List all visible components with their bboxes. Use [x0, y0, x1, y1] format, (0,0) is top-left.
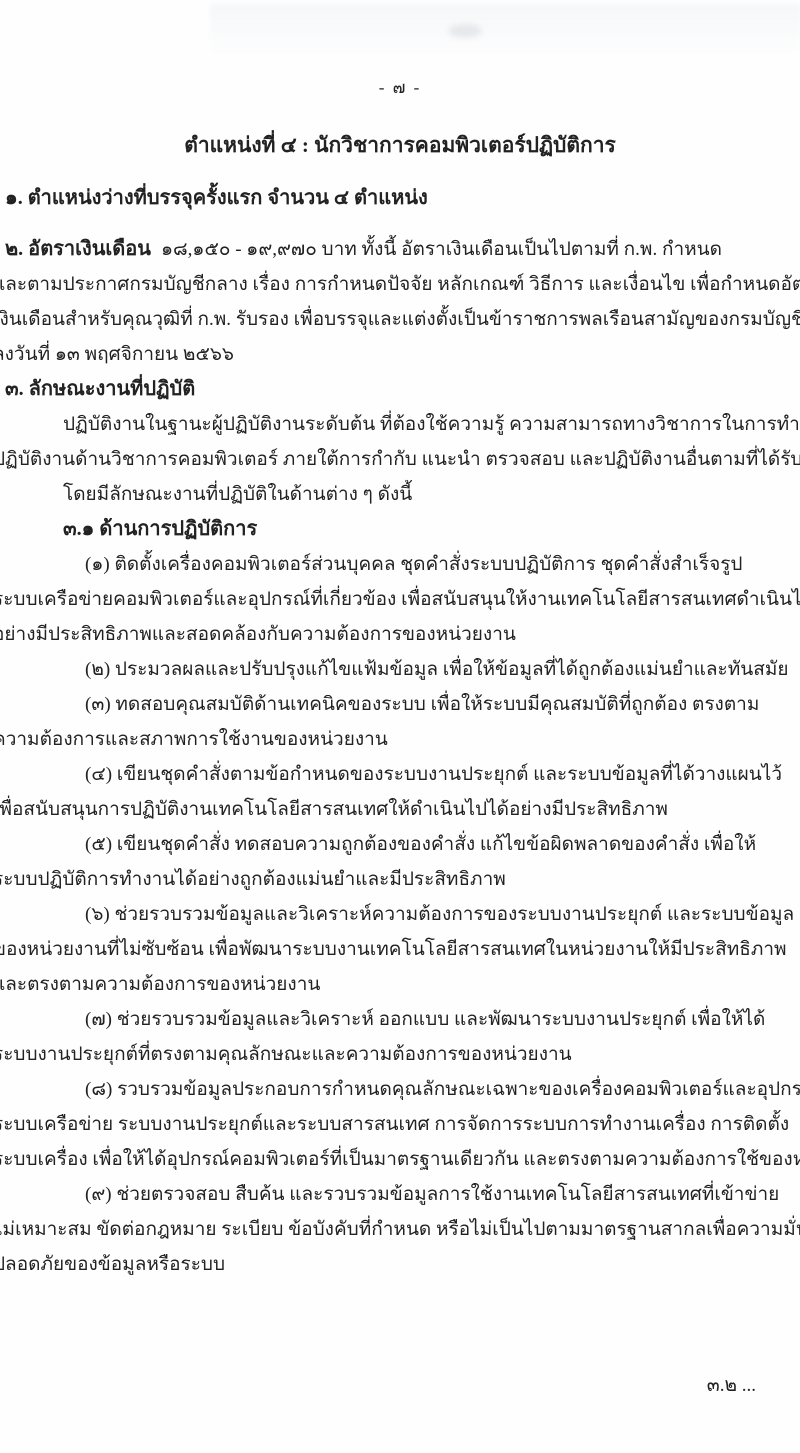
body-line: ระบบงานประยุกต์ที่ตรงตามคุณลักษณะและความ… — [0, 1037, 800, 1072]
body-line: ของหน่วยงานที่ไม่ซับซ้อน เพื่อพัฒนาระบบง… — [0, 932, 800, 967]
body-line: ปลอดภัยของข้อมูลหรือระบบ — [0, 1247, 800, 1282]
scan-ghosting-artifact — [210, 4, 800, 62]
item-line: (๒) ประมวลผลและปรับปรุงแก้ไขแฟ้มข้อมูล เ… — [0, 652, 800, 687]
section-heading-lead: ๒. อัตราเงินเดือน — [5, 238, 151, 260]
item-line: (๗) ช่วยรวบรวมข้อมูลและวิเคราะห์ ออกแบบ … — [0, 1002, 800, 1037]
body-line-indented: ปฏิบัติงานในฐานะผู้ปฏิบัติงานระดับต้น ที… — [0, 407, 800, 442]
item-line: (๑) ติดตั้งเครื่องคอมพิวเตอร์ส่วนบุคคล ช… — [0, 547, 800, 582]
body-line: ระบบเครื่อง เพื่อให้ได้อุปกรณ์คอมพิวเตอร… — [0, 1142, 800, 1177]
body-line: เพื่อสนับสนุนการปฏิบัติงานเทคโนโลยีสารสน… — [0, 792, 800, 827]
item-line: (๕) เขียนชุดคำสั่ง ทดสอบความถูกต้องของคำ… — [0, 827, 800, 862]
body-line: ระบบเครือข่าย ระบบงานประยุกต์และระบบสารส… — [0, 1107, 800, 1142]
scan-smudge-artifact — [448, 24, 482, 38]
body-line: ความต้องการและสภาพการใช้งานของหน่วยงาน — [0, 722, 800, 757]
item-line: (๓) ทดสอบคุณสมบัติด้านเทคนิคของระบบ เพื่… — [0, 687, 800, 722]
body-line: ระบบปฏิบัติการทำงานได้อย่างถูกต้องแม่นยำ… — [0, 862, 800, 897]
body-line: และตรงตามความต้องการของหน่วยงาน — [0, 967, 800, 1002]
body-line: ลงวันที่ ๑๓ พฤศจิกายน ๒๕๖๖ — [0, 337, 800, 372]
section-heading: ๓. ลักษณะงานที่ปฏิบัติ — [0, 372, 800, 407]
body-line: เงินเดือนสำหรับคุณวุฒิที่ ก.พ. รับรอง เพ… — [0, 302, 800, 337]
body-line: อย่างมีประสิทธิภาพและสอดคล้องกับความต้อง… — [0, 617, 800, 652]
item-line: (๙) ช่วยตรวจสอบ สืบค้น และรวบรวมข้อมูลกา… — [0, 1177, 800, 1212]
section-heading: ๑. ตำแหน่งว่างที่บรรจุครั้งแรก จำนวน ๔ ต… — [0, 181, 800, 216]
body-line-indented: โดยมีลักษณะงานที่ปฏิบัติในด้านต่าง ๆ ดัง… — [0, 477, 800, 512]
page-number: - ๗ - — [0, 70, 800, 105]
section-paragraph-text: ๑๘,๑๕๐ - ๑๙,๙๗๐ บาท ทั้งนี้ อัตราเงินเดื… — [161, 239, 722, 260]
body-line: และตามประกาศกรมบัญชีกลาง เรื่อง การกำหนด… — [0, 267, 800, 302]
subsection-heading: ๓.๑ ด้านการปฏิบัติการ — [0, 512, 800, 547]
continuation-mark: ๓.๒ ... — [0, 1368, 800, 1403]
section-heading-paragraph: ๒. อัตราเงินเดือน๑๘,๑๕๐ - ๑๙,๙๗๐ บาท ทั้… — [0, 232, 800, 267]
position-title: ตำแหน่งที่ ๔ : นักวิชาการคอมพิวเตอร์ปฏิบ… — [0, 123, 800, 167]
body-line: ปฏิบัติงานด้านวิชาการคอมพิวเตอร์ ภายใต้ก… — [0, 442, 800, 477]
scanned-document-page: - ๗ -ตำแหน่งที่ ๔ : นักวิชาการคอมพิวเตอร… — [0, 0, 800, 1453]
body-line: ระบบเครือข่ายคอมพิวเตอร์และอุปกรณ์ที่เกี… — [0, 582, 800, 617]
item-line: (๘) รวบรวมข้อมูลประกอบการกำหนดคุณลักษณะเ… — [0, 1072, 800, 1107]
item-line: (๖) ช่วยรวบรวมข้อมูลและวิเคราะห์ความต้อง… — [0, 897, 800, 932]
item-line: (๔) เขียนชุดคำสั่งตามข้อกำหนดของระบบงานป… — [0, 757, 800, 792]
body-line: ไม่เหมาะสม ขัดต่อกฎหมาย ระเบียบ ข้อบังคั… — [0, 1212, 800, 1247]
document-body: - ๗ -ตำแหน่งที่ ๔ : นักวิชาการคอมพิวเตอร… — [0, 70, 800, 1403]
